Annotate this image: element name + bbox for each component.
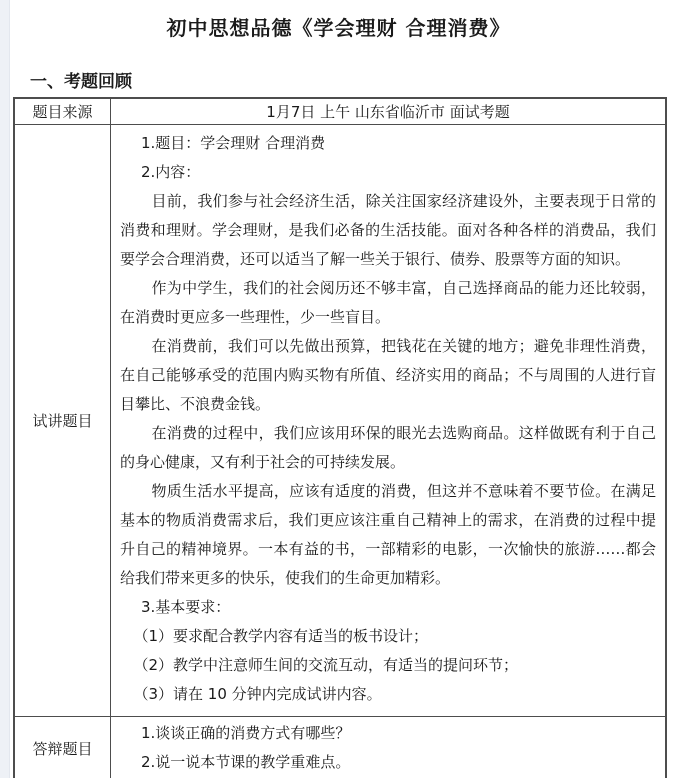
table-row-source: 题目来源 1月7日 上午 山东省临沂市 面试考题 [14, 98, 666, 125]
lecture-requirement: （2）教学中注意师生间的交流互动，有适当的提问环节； [120, 651, 656, 680]
page-left-edge-strip [0, 0, 10, 778]
lecture-item-title: 1.题目：学会理财 合理消费 [120, 129, 656, 158]
page-title: 初中思想品德《学会理财 合理消费》 [0, 0, 677, 41]
lecture-content-cell: 1.题目：学会理财 合理消费 2.内容： 目前，我们参与社会经济生活，除关注国家… [111, 125, 667, 717]
row-label-source: 题目来源 [14, 98, 111, 125]
lecture-paragraph: 物质生活水平提高，应该有适度的消费，但这并不意味着不要节俭。在满足基本的物质消费… [120, 477, 656, 593]
lecture-item-content: 2.内容： [120, 158, 656, 187]
defense-question: 1.谈谈正确的消费方式有哪些？ [120, 719, 656, 748]
lecture-requirement: （3）请在 10 分钟内完成试讲内容。 [120, 680, 656, 709]
lecture-paragraph: 在消费前，我们可以先做出预算，把钱花在关键的地方；避免非理性消费，在自己能够承受… [120, 332, 656, 419]
lecture-paragraph: 在消费的过程中，我们应该用环保的眼光去选购商品。这样做既有利于自己的身心健康，又… [120, 419, 656, 477]
defense-question: 2.说一说本节课的教学重难点。 [120, 748, 656, 777]
row-label-lecture: 试讲题目 [14, 125, 111, 717]
lecture-requirement: （1）要求配合教学内容有适当的板书设计； [120, 622, 656, 651]
lecture-paragraph: 目前，我们参与社会经济生活，除关注国家经济建设外，主要表现于日常的消费和理财。学… [120, 187, 656, 274]
table-row-lecture: 试讲题目 1.题目：学会理财 合理消费 2.内容： 目前，我们参与社会经济生活，… [14, 125, 666, 717]
lecture-paragraph: 作为中学生，我们的社会阅历还不够丰富，自己选择商品的能力还比较弱，在消费时更应多… [120, 274, 656, 332]
source-value: 1月7日 上午 山东省临沂市 面试考题 [111, 98, 667, 125]
exam-recall-table: 题目来源 1月7日 上午 山东省临沂市 面试考题 试讲题目 1.题目：学会理财 … [13, 97, 667, 778]
defense-content-cell: 1.谈谈正确的消费方式有哪些？ 2.说一说本节课的教学重难点。 [111, 717, 667, 778]
row-label-defense: 答辩题目 [14, 717, 111, 778]
section-heading: 一、考题回顾 [30, 67, 677, 92]
lecture-item-requirements: 3.基本要求： [120, 593, 656, 622]
table-row-defense: 答辩题目 1.谈谈正确的消费方式有哪些？ 2.说一说本节课的教学重难点。 [14, 717, 666, 778]
